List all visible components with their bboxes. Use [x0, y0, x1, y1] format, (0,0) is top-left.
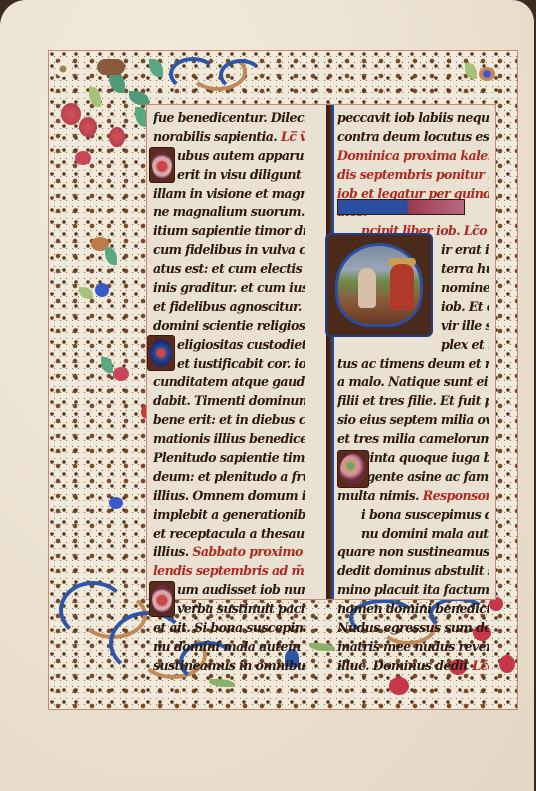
text-line: filii et tres filie. Et fuit posse — [337, 392, 489, 411]
text-line: a malo. Natique sunt ei septem — [337, 373, 489, 392]
strawberry-icon — [109, 127, 125, 147]
text-line: ubus autem apparu — [153, 147, 305, 166]
white-flower-icon — [55, 61, 71, 77]
text-line: matris mee nudus revertar — [337, 638, 489, 657]
text-line: dabit. Timenti dominum — [153, 392, 305, 411]
line-filler-ornament — [337, 199, 465, 215]
text-line: et ait. Si bona suscepimus de ma — [153, 619, 305, 638]
left-text-column: fue benedicentur. Dilecto dei norabilis … — [153, 109, 305, 676]
right-text-column: peccavit iob labiis neque stultum contra… — [337, 109, 489, 676]
visitor-figure — [390, 264, 414, 310]
text-line: et receptacula a thesauris — [153, 525, 305, 544]
text-block: fue benedicentur. Dilecto dei norabilis … — [146, 104, 496, 600]
text-line: um audisset iob nunciorum — [153, 581, 305, 600]
text-line: cunditatem atque gaudium — [153, 373, 305, 392]
text-line: domini scientie religiositas. — [153, 317, 305, 336]
acanthus-icon — [340, 454, 366, 484]
text-line: verba sustinuit paciente — [153, 600, 305, 619]
leaf-icon — [129, 91, 149, 105]
leaf-icon — [209, 679, 235, 687]
job-figure — [358, 268, 376, 308]
text-line: illius. Omnem domum illĩ — [153, 487, 305, 506]
text-line: dedit dominus abstulit sicut do — [337, 562, 489, 581]
text-line: quare non sustineamus. Dns — [337, 543, 489, 562]
text-line: implebit a generationibus — [153, 506, 305, 525]
leaf-icon — [89, 87, 101, 107]
red-flower-icon — [499, 655, 515, 673]
text-line: ne magnalium suorum. In — [153, 203, 305, 222]
orange-flower-icon — [479, 67, 495, 81]
text-line: sustineamus in omnibus his nõ — [153, 657, 305, 676]
decorated-initial-s — [337, 450, 369, 488]
red-flower-icon — [75, 151, 91, 165]
leaf-icon — [101, 357, 113, 373]
text-line: peccavit iob labiis neque stultum — [337, 109, 489, 128]
pink-fruit-icon — [113, 367, 129, 381]
text-line: nu domini mala autem quare nõ — [153, 638, 305, 657]
text-line: mationis illius benedicetur — [153, 430, 305, 449]
rubric-line: illius. Sabbato proximo ka — [153, 543, 305, 562]
text-line: tus ac timens deum et recedes — [337, 355, 489, 374]
acanthus-scroll-icon — [219, 59, 263, 91]
text-line: erit in visu diligunt — [153, 166, 305, 185]
leaf-icon — [465, 63, 477, 79]
text-line: Plenitudo sapientie timere — [153, 449, 305, 468]
text-line: nu domini mala autem — [337, 525, 489, 544]
text-line: itium sapientie timor dni: et — [153, 222, 305, 241]
text-line: et fidelibus agnoscitur. Timor — [153, 298, 305, 317]
historiated-initial-miniature — [325, 233, 433, 337]
rubric-line: Dominica proxima kalen — [337, 147, 489, 166]
strawberry-icon — [79, 117, 97, 137]
text-line: et iustificabit cor. io — [153, 355, 305, 374]
leaf-icon — [309, 643, 335, 651]
text-line: bene erit: et in diebus consum — [153, 411, 305, 430]
text-line: cum fidelibus in vulva creat — [153, 241, 305, 260]
blue-flower-icon — [95, 283, 109, 297]
text-line: atus est: et cum electis fem — [153, 260, 305, 279]
blue-flower-icon — [109, 497, 123, 509]
text-line: et tres milia camelorum. Quin — [337, 430, 489, 449]
flower-icon — [152, 151, 172, 179]
text-line: contra deum locutus est. P̃ mag. — [337, 128, 489, 147]
text-line: nomen domini benedictum. V. — [337, 600, 489, 619]
strawberry-icon — [61, 103, 81, 125]
red-flower-icon — [389, 677, 409, 695]
text-line: sio eius septem milia ovium — [337, 411, 489, 430]
text-line: Nudus egressus sum de utero — [337, 619, 489, 638]
text-line: illuc. Dominus dedit Lc̃o. ij. — [337, 657, 489, 676]
column-divider-bar — [326, 105, 336, 599]
text-line: multa nimis. Responsorium. — [337, 487, 489, 506]
text-line: fue benedicentur. Dilecto dei — [153, 109, 305, 128]
text-line: deum: et plenitudo a fructibus — [153, 468, 305, 487]
flower-icon — [150, 339, 172, 367]
leaf-icon — [149, 59, 163, 77]
text-line: mino placuit ita factum est sit — [337, 581, 489, 600]
text-line: plex et rec — [337, 336, 489, 355]
decorated-initial-q — [149, 147, 175, 183]
text-line: norabilis sapientia. Lc̅ v̅. — [153, 128, 305, 147]
leaf-icon — [79, 287, 93, 299]
decorated-initial-c — [149, 581, 175, 617]
manuscript-page: fue benedicentur. Dilecto dei norabilis … — [0, 0, 534, 791]
decorated-initial-r — [147, 335, 175, 371]
rubric-line: dis septembris ponitur liber — [337, 166, 489, 185]
brown-flower-icon — [97, 59, 125, 75]
job-scene-image — [335, 243, 423, 327]
text-line: eligiositas custodiet — [153, 336, 305, 355]
strawberry-icon — [152, 585, 172, 613]
leaf-icon — [105, 247, 117, 265]
text-line: illam in visione et magnalio — [153, 185, 305, 204]
text-line: i bona suscepimus de ma — [337, 506, 489, 525]
text-line: inis graditur. et cum iustis — [153, 279, 305, 298]
rubric-line: lendis septembris ad m̃. ā. — [153, 562, 305, 581]
